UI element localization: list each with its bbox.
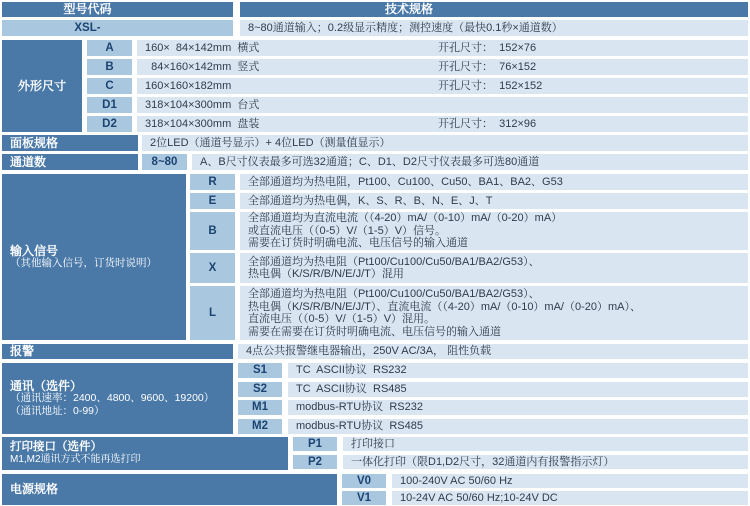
spec-table: 型号代码 技术规格 XSL- 8~80通道输入；0.2级显示精度；测控速度（最快… bbox=[0, 0, 750, 506]
input-desc-l: 全部通道均为热电阻（Pt100/Cu100/Cu50/BA1/BA2/G53）、… bbox=[240, 286, 748, 340]
comm-addr-note: （通讯地址：0-99） bbox=[10, 405, 105, 418]
power-code-v1: V1 bbox=[342, 491, 386, 505]
input-code-b: B bbox=[190, 212, 235, 250]
dim-code-b: B bbox=[87, 59, 132, 75]
dimensions-label: 外形尺寸 bbox=[2, 40, 82, 132]
input-desc-r: 全部通道均为热电阻，Pt100、Cu100、Cu50、BA1、BA2、G53 bbox=[240, 174, 748, 190]
input-sublabel: （其他输入信号，订货时说明） bbox=[10, 257, 157, 270]
dim-desc-a: 160× 84×142mm 横式 开孔尺寸： 152×76 bbox=[137, 40, 748, 56]
comm-desc-m2: modbus-RTU协议 RS485 bbox=[288, 419, 748, 434]
comm-code-m1: M1 bbox=[238, 400, 282, 415]
alarm-desc: 4点公共报警继电器输出，250V AC/3A， 阻性负载 bbox=[238, 344, 748, 359]
input-code-e: E bbox=[190, 193, 235, 209]
dim-code-d1: D1 bbox=[87, 97, 132, 113]
power-desc-v1: 10-24V AC 50/60 Hz;10-24V DC bbox=[392, 491, 748, 505]
print-note: M1,M2通讯方式不能再选打印 bbox=[10, 454, 141, 467]
input-label: 输入信号 bbox=[10, 245, 58, 258]
print-label: 打印接口（选件） bbox=[10, 441, 102, 454]
dim-code-a: A bbox=[87, 40, 132, 56]
comm-baud-note: （通讯速率：2400、4800、9600、19200） bbox=[10, 392, 214, 405]
input-code-l: L bbox=[190, 286, 235, 340]
power-desc-v0: 100-240V AC 50/60 Hz bbox=[392, 474, 748, 488]
comm-code-s1: S1 bbox=[238, 363, 282, 378]
channels-label: 通道数 bbox=[2, 154, 138, 170]
comm-code-m2: M2 bbox=[238, 419, 282, 434]
dim-desc-d1: 318×104×300mm 台式 bbox=[137, 97, 748, 113]
panel-desc: 2位LED（通道号显示）+ 4位LED（测量值显示） bbox=[142, 135, 748, 151]
print-code-p1: P1 bbox=[293, 437, 337, 451]
input-desc-e: 全部通道均为热电偶，K、S、R、B、N、E、J、T bbox=[240, 193, 748, 209]
dim-code-c: C bbox=[87, 78, 132, 94]
dim-size-a: 160× 84×142mm 横式 bbox=[145, 42, 259, 55]
alarm-label: 报警 bbox=[2, 344, 233, 359]
comm-desc-m1: modbus-RTU协议 RS232 bbox=[288, 400, 748, 415]
header-tech-spec: 技术规格 bbox=[240, 2, 748, 17]
print-code-p2: P2 bbox=[293, 455, 337, 469]
power-code-v0: V0 bbox=[342, 474, 386, 488]
dim-hole-b: 开孔尺寸： 76×152 bbox=[438, 59, 536, 75]
print-desc-p2: 一体化打印（限D1,D2尺寸，32通道内有报警指示灯） bbox=[343, 455, 748, 469]
comm-label: 通讯（选件） bbox=[10, 380, 82, 393]
dim-desc-c: 160×160×182mm 开孔尺寸： 152×152 bbox=[137, 78, 748, 94]
dim-size-d2: 318×104×300mm 盘装 bbox=[145, 118, 259, 131]
dim-size-b: 84×160×142mm 竖式 bbox=[145, 61, 259, 74]
channels-code: 8~80 bbox=[142, 154, 187, 170]
header-model-code: 型号代码 bbox=[2, 2, 233, 17]
dim-hole-c: 开孔尺寸： 152×152 bbox=[438, 78, 542, 94]
model-code-cell: XSL- bbox=[2, 20, 233, 36]
input-code-r: R bbox=[190, 174, 235, 190]
panel-label: 面板规格 bbox=[2, 135, 138, 151]
comm-label-block: 通讯（选件） （通讯速率：2400、4800、9600、19200） （通讯地址… bbox=[2, 363, 233, 434]
power-label: 电源规格 bbox=[2, 474, 337, 505]
input-label-block: 输入信号 （其他输入信号，订货时说明） bbox=[2, 174, 186, 340]
print-label-block: 打印接口（选件） M1,M2通讯方式不能再选打印 bbox=[2, 437, 288, 470]
input-code-x: X bbox=[190, 253, 235, 283]
comm-desc-s1: TC ASCII协议 RS232 bbox=[288, 363, 748, 378]
dim-desc-b: 84×160×142mm 竖式 开孔尺寸： 76×152 bbox=[137, 59, 748, 75]
comm-desc-s2: TC ASCII协议 RS485 bbox=[288, 382, 748, 397]
comm-code-s2: S2 bbox=[238, 382, 282, 397]
input-desc-b: 全部通道均为直流电流（（4-20）mA/（0-10）mA/（0-20）mA） 或… bbox=[240, 212, 748, 250]
dim-size-c: 160×160×182mm bbox=[145, 80, 231, 93]
dim-hole-d2: 开孔尺寸： 312×96 bbox=[438, 116, 536, 132]
input-desc-x: 全部通道均为热电阻（Pt100/Cu100/Cu50/BA1/BA2/G53）、… bbox=[240, 253, 748, 283]
channels-desc: A、B尺寸仪表最多可选32通道；C、D1、D2尺寸仪表最多可选80通道 bbox=[192, 154, 748, 170]
dim-desc-d2: 318×104×300mm 盘装 开孔尺寸： 312×96 bbox=[137, 116, 748, 132]
dim-code-d2: D2 bbox=[87, 116, 132, 132]
dim-size-d1: 318×104×300mm 台式 bbox=[145, 99, 259, 112]
dim-hole-a: 开孔尺寸： 152×76 bbox=[438, 40, 536, 56]
model-desc-cell: 8~80通道输入；0.2级显示精度；测控速度（最快0.1秒×通道数） bbox=[240, 20, 748, 36]
print-desc-p1: 打印接口 bbox=[343, 437, 748, 451]
